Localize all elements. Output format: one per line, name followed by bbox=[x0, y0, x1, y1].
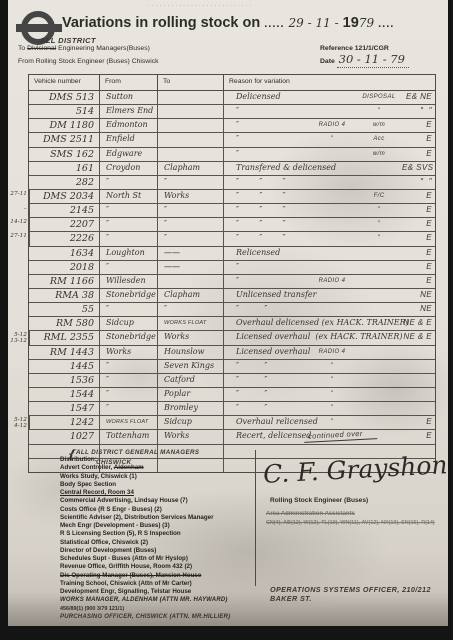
distribution-item: PURCHASING OFFICER, CHISWICK (ATTN. MR.H… bbox=[60, 613, 260, 621]
vehicle-number: DMS 513 bbox=[29, 91, 99, 104]
from-location: Croydon bbox=[99, 162, 157, 175]
year-prefix: 19 bbox=[343, 15, 359, 31]
margin-date-note: 27-11 bbox=[2, 232, 27, 239]
reason-cell: ″ ″″ bbox=[223, 360, 435, 373]
reason-text: Recert, delicensed bbox=[224, 430, 308, 443]
reason-note: RADIO 4 bbox=[308, 119, 356, 132]
reason-text: ″ bbox=[224, 105, 308, 118]
table-row: 5-12 13-12RML 2355StonebridgeWorksLicens… bbox=[29, 331, 435, 345]
reason-cell: ″ ″ ″″E bbox=[223, 204, 435, 217]
reason-extra bbox=[356, 388, 402, 401]
reason-note bbox=[308, 91, 356, 104]
status-code: NE & E bbox=[402, 317, 435, 330]
reason-cell: ″E bbox=[223, 261, 435, 274]
distribution-item: Schedules Supt - Buses (Attn of Mr Hyslo… bbox=[60, 555, 260, 563]
reason-extra bbox=[356, 402, 402, 415]
status-code bbox=[402, 346, 435, 359]
margin-date-note: 5-12 4-12 bbox=[2, 416, 27, 429]
vehicle-number: 514 bbox=[29, 105, 99, 118]
reason-extra bbox=[356, 303, 402, 316]
status-code bbox=[402, 402, 435, 415]
reason-cell: ″ ″″ bbox=[223, 402, 435, 415]
margin-date-note: 27-11 bbox=[2, 190, 27, 197]
reason-extra bbox=[356, 346, 402, 359]
from-location: ″ bbox=[99, 204, 157, 217]
reason-note: RADIO 4 bbox=[308, 275, 356, 288]
to-location: ″ bbox=[157, 303, 223, 316]
to-location bbox=[157, 105, 223, 118]
date-line: Date 30 - 11 - 79 bbox=[320, 52, 409, 66]
table-row: 514Elmers End″″″ ″ bbox=[29, 105, 435, 119]
to-location: —— bbox=[157, 261, 223, 274]
table-row: 282″″″ ″ ″″ ″ bbox=[29, 176, 435, 190]
status-code: NE bbox=[402, 289, 435, 302]
roundel-bar bbox=[16, 24, 62, 32]
table-row: RM 1166Willesden″RADIO 4E bbox=[29, 275, 435, 289]
from-location: WORKS FLOAT bbox=[99, 416, 157, 429]
reason-note bbox=[308, 247, 356, 260]
from-location: ″ bbox=[99, 388, 157, 401]
reason-extra bbox=[356, 360, 402, 373]
from-location: Edmonton bbox=[99, 119, 157, 132]
distribution-item: Body Spec Section bbox=[60, 481, 260, 489]
reason-text: Delicensed bbox=[224, 91, 308, 104]
to-location: Works bbox=[157, 430, 223, 443]
reason-text: Relicensed bbox=[224, 247, 308, 260]
from-location: ″ bbox=[99, 402, 157, 415]
distribution-item: Director of Development (Buses) bbox=[60, 547, 260, 555]
reason-note bbox=[308, 261, 356, 274]
distribution-item: Statistical Office, Chiswick (2) bbox=[60, 539, 260, 547]
operations-officer-note: OPERATIONS SYSTEMS OFFICER, 210/212 BAKE… bbox=[270, 585, 448, 603]
reason-cell: ″″AccE bbox=[223, 133, 435, 146]
reason-note bbox=[308, 331, 356, 344]
distribution-list: Distribution:Advert Controller, Aldenham… bbox=[60, 456, 260, 621]
vehicle-number: 2207 bbox=[29, 218, 99, 231]
to-location bbox=[157, 148, 223, 161]
reason-text: ″ bbox=[224, 148, 308, 161]
struck-text-line-2: CN(4), AB(12), W(12), TL(10), WN(11), AV… bbox=[266, 520, 444, 526]
to-location: Seven Kings bbox=[157, 360, 223, 373]
to-location: WORKS FLOAT bbox=[157, 317, 223, 330]
reason-text: Overhaul delicensed (ex HACK. TRAINER) bbox=[224, 317, 308, 330]
reason-extra bbox=[356, 374, 402, 387]
reason-extra bbox=[356, 317, 402, 330]
distribution-item: Distribution: bbox=[60, 456, 260, 464]
reason-cell: ″ ″″ bbox=[223, 388, 435, 401]
reference-number: Reference 121/1/CGR bbox=[320, 45, 389, 52]
from-location: ″ bbox=[99, 303, 157, 316]
distribution-item: Commercial Advertising, Lindsay House (7… bbox=[60, 497, 260, 505]
vehicle-number: 1547 bbox=[29, 402, 99, 415]
status-code: E& SVS bbox=[402, 162, 436, 175]
from-location: North St bbox=[99, 190, 157, 203]
reason-text: ″ ″ bbox=[224, 303, 308, 316]
reason-cell: ″ ″ ″″E bbox=[223, 218, 435, 231]
to-location: Works bbox=[157, 190, 223, 203]
col-reason: Reason for variation bbox=[223, 75, 435, 90]
status-code: E bbox=[402, 133, 435, 146]
table-row: DMS 513SuttonDelicensedDISPOSALE& NE bbox=[29, 91, 435, 105]
status-code: E bbox=[402, 232, 435, 245]
table-row: 55″″″ ″NE bbox=[29, 303, 435, 317]
reason-note: ″ bbox=[308, 402, 356, 415]
from-location: Willesden bbox=[99, 275, 157, 288]
margin-date-note: .. bbox=[2, 204, 27, 211]
table-row: 161CroydonClaphamTransfered & delicensed… bbox=[29, 162, 435, 176]
to-location: ″ bbox=[157, 218, 223, 231]
reason-text: ″ bbox=[224, 275, 308, 288]
reason-note: ″ bbox=[308, 133, 356, 146]
reason-extra: ″ bbox=[356, 232, 402, 245]
table-row: SMS 162Edgware″w/mE bbox=[29, 148, 435, 162]
to-location: Catford bbox=[157, 374, 223, 387]
vehicle-number: RMA 38 bbox=[29, 289, 99, 302]
table-body: DMS 513SuttonDelicensedDISPOSALE& NE514E… bbox=[29, 91, 435, 472]
from-location: Edgware bbox=[99, 148, 157, 161]
reason-note bbox=[308, 232, 356, 245]
vehicle-number: 2226 bbox=[29, 232, 99, 245]
struck-word: Aldenham bbox=[114, 464, 144, 471]
footer-divider-line bbox=[255, 450, 256, 586]
reason-cell: ″ ″ ″″ ″ bbox=[223, 176, 435, 189]
reason-extra: ″ bbox=[356, 105, 402, 118]
vehicle-number: 2145 bbox=[29, 204, 99, 217]
distribution-item: Training School, Chiswick (Attn of Mr Ca… bbox=[60, 580, 260, 588]
from-location: ″ bbox=[99, 232, 157, 245]
distribution-item: Mech Engr (Development - Buses) (3) bbox=[60, 522, 260, 530]
reason-cell: Overhaul relicensed″E bbox=[223, 416, 435, 429]
status-code bbox=[402, 374, 435, 387]
status-code: NE bbox=[402, 303, 435, 316]
reason-extra bbox=[356, 162, 402, 175]
reason-extra: DISPOSAL bbox=[356, 91, 402, 104]
reason-cell: Licensed overhaulRADIO 4 bbox=[223, 346, 435, 359]
reason-extra bbox=[356, 289, 402, 302]
vehicle-number: 161 bbox=[29, 162, 99, 175]
reason-note: ″ bbox=[308, 374, 356, 387]
addressee-line: To Divisional Engineering Managers(Buses… bbox=[18, 45, 150, 52]
reason-text: Unlicensed transfer bbox=[224, 289, 308, 302]
from-location: Loughton bbox=[99, 247, 157, 260]
reason-note: RADIO 4 bbox=[308, 346, 356, 359]
to-location: —— bbox=[157, 247, 223, 260]
from-location: ″ bbox=[99, 218, 157, 231]
table-row: 1445″Seven Kings″ ″″ bbox=[29, 360, 435, 374]
distribution-item: WORKS MANAGER, ALDENHAM (ATTN MR. HAYWAR… bbox=[60, 596, 260, 604]
reason-text: Licensed overhaul (ex HACK. TRAINER) bbox=[224, 331, 308, 344]
reason-text: ″ ″ bbox=[224, 374, 308, 387]
reason-cell: DelicensedDISPOSALE& NE bbox=[223, 91, 435, 104]
reason-extra bbox=[356, 331, 402, 344]
reason-note bbox=[308, 204, 356, 217]
table-row: 1536″Catford″ ″″ bbox=[29, 374, 435, 388]
table-header-row: Vehicle number From To Reason for variat… bbox=[29, 75, 435, 91]
reason-cell: Licensed overhaul (ex HACK. TRAINER)NE &… bbox=[223, 331, 435, 344]
status-code: E bbox=[402, 261, 435, 274]
status-code bbox=[402, 360, 435, 373]
reason-extra: F/C bbox=[356, 190, 402, 203]
scanned-document: { "colors": { "ink": "#2e2c29", "paper":… bbox=[0, 0, 453, 640]
reason-cell: RelicensedE bbox=[223, 247, 435, 260]
to-struck-word: Divisional bbox=[27, 45, 56, 52]
reason-text: ″ ″ bbox=[224, 388, 308, 401]
from-location: Elmers End bbox=[99, 105, 157, 118]
sender-line: From Rolling Stock Engineer (Buses) Chis… bbox=[18, 58, 159, 65]
col-to: To bbox=[157, 75, 223, 90]
reason-text: ″ bbox=[224, 119, 308, 132]
margin-date-note: 14-12 bbox=[2, 218, 27, 225]
to-location: Clapham bbox=[157, 162, 223, 175]
reason-note bbox=[308, 176, 356, 189]
distribution-item: Scientific Adviser (2), Distribution Ser… bbox=[60, 514, 260, 522]
reason-extra: w/m bbox=[356, 119, 402, 132]
reason-text: ″ ″ ″ bbox=[224, 204, 308, 217]
table-row: DM 1180Edmonton″RADIO 4w/mE bbox=[29, 119, 435, 133]
status-code: E bbox=[402, 416, 435, 429]
from-location: ″ bbox=[99, 176, 157, 189]
distribution-item: Revenue Office, Griffith House, Room 432… bbox=[60, 563, 260, 571]
reason-cell: ″ ″ ″″E bbox=[223, 232, 435, 245]
status-code bbox=[402, 388, 435, 401]
to-text: Engineering Managers(Buses) bbox=[58, 45, 150, 52]
status-code: E bbox=[402, 190, 435, 203]
vehicle-number: 1536 bbox=[29, 374, 99, 387]
year-handwritten: 79 bbox=[359, 16, 374, 30]
from-location: ″ bbox=[99, 261, 157, 274]
reason-note bbox=[308, 218, 356, 231]
distribution-item: 456/89(1) (900 3/79 121/1) bbox=[60, 605, 260, 613]
reason-note bbox=[308, 105, 356, 118]
from-location: Works bbox=[99, 346, 157, 359]
status-code: ″ ″ bbox=[402, 176, 435, 189]
reason-text: ″ bbox=[224, 133, 308, 146]
signatory-title: Rolling Stock Engineer (Buses) bbox=[270, 497, 368, 504]
table-row: 2018″——″E bbox=[29, 261, 435, 275]
from-location: Stonebridge bbox=[99, 331, 157, 344]
reason-note bbox=[308, 148, 356, 161]
to-location: ″ bbox=[157, 176, 223, 189]
vehicle-number: SMS 162 bbox=[29, 148, 99, 161]
from-location: Sidcup bbox=[99, 317, 157, 330]
vehicle-number: RM 580 bbox=[29, 317, 99, 330]
reason-cell: ″ ″″ bbox=[223, 374, 435, 387]
status-code: E& NE bbox=[402, 91, 435, 104]
vehicle-number: RM 1443 bbox=[29, 346, 99, 359]
reason-extra bbox=[356, 247, 402, 260]
date-value: 30 - 11 - 79 bbox=[337, 52, 409, 68]
reason-text: ″ ″ ″ bbox=[224, 176, 308, 189]
col-vehicle-number: Vehicle number bbox=[29, 75, 99, 90]
table-row: 1634Loughton——RelicensedE bbox=[29, 247, 435, 261]
reason-text: Licensed overhaul bbox=[224, 346, 308, 359]
status-code: E bbox=[402, 275, 435, 288]
reason-extra bbox=[356, 275, 402, 288]
reason-cell: ″″″ ″ bbox=[223, 105, 435, 118]
to-location: ″ bbox=[157, 204, 223, 217]
vehicle-number: DM 1180 bbox=[29, 119, 99, 132]
title-text: Variations in rolling stock on bbox=[62, 15, 260, 31]
reason-text: ″ ″ bbox=[224, 360, 308, 373]
reason-extra: ″ bbox=[356, 204, 402, 217]
from-location: Tottenham bbox=[99, 430, 157, 443]
table-row: RM 580SidcupWORKS FLOATOverhaul delicens… bbox=[29, 317, 435, 331]
from-location: ″ bbox=[99, 360, 157, 373]
reason-cell: ″ ″NE bbox=[223, 303, 435, 316]
vehicle-number: 1445 bbox=[29, 360, 99, 373]
distribution-item: Advert Controller, Aldenham bbox=[60, 464, 260, 472]
status-code: E bbox=[402, 119, 435, 132]
distribution-item: Costs Office (R S Engr - Buses) (2) bbox=[60, 506, 260, 514]
status-code: NE & E bbox=[402, 331, 435, 344]
table-row: 27-11DMS 2034North StWorks″ ″ ″F/CE bbox=[29, 190, 435, 204]
reason-text: ″ ″ ″ bbox=[224, 190, 308, 203]
table-row: 27-112226″″″ ″ ″″E bbox=[29, 232, 435, 246]
distribution-handwritten-note: ALL DISTRICT GENERAL MANAGERS bbox=[76, 449, 199, 456]
distribution-item: Dis Operating Manager (Buses), Mansion H… bbox=[60, 572, 260, 580]
status-code: E bbox=[402, 218, 435, 231]
vehicle-number: RM 1166 bbox=[29, 275, 99, 288]
reason-note: ″ bbox=[308, 416, 356, 429]
to-location: Sidcup bbox=[157, 416, 223, 429]
reason-extra: w/m bbox=[356, 148, 402, 161]
vehicle-number: 2018 bbox=[29, 261, 99, 274]
struck-text-line-1: Area Administration Assistants bbox=[266, 511, 355, 517]
to-location: Poplar bbox=[157, 388, 223, 401]
form-title: Variations in rolling stock on ..... 29 … bbox=[62, 15, 394, 31]
to-label: To bbox=[18, 45, 25, 52]
scan-artifact-marks: ........................... bbox=[148, 1, 254, 8]
from-location: Stonebridge bbox=[99, 289, 157, 302]
reason-cell: ″RADIO 4w/mE bbox=[223, 119, 435, 132]
from-location: Enfield bbox=[99, 133, 157, 146]
reason-cell: ″ ″ ″F/CE bbox=[223, 190, 435, 203]
reason-extra bbox=[356, 176, 402, 189]
to-location: ″ bbox=[157, 232, 223, 245]
reason-note bbox=[308, 317, 356, 330]
to-location bbox=[157, 119, 223, 132]
to-location bbox=[157, 133, 223, 146]
to-location bbox=[157, 91, 223, 104]
to-location bbox=[157, 275, 223, 288]
reason-text: ″ ″ ″ bbox=[224, 232, 308, 245]
table-row: RM 1443WorksHounslowLicensed overhaulRAD… bbox=[29, 346, 435, 360]
reason-note bbox=[308, 303, 356, 316]
vehicle-number: DMS 2511 bbox=[29, 133, 99, 146]
title-dots: ..... bbox=[264, 18, 284, 30]
reason-text: Transfered & delicensed bbox=[224, 162, 308, 175]
status-code: E bbox=[402, 247, 435, 260]
table-row: 1544″Poplar″ ″″ bbox=[29, 388, 435, 402]
vehicle-number: DMS 2034 bbox=[29, 190, 99, 203]
vehicle-number: 1027 bbox=[29, 430, 99, 443]
distribution-item: Development Engr, Signalling, Telstar Ho… bbox=[60, 588, 260, 596]
distribution-item: Central Record, Room 34 bbox=[60, 489, 260, 497]
reason-text: Overhaul relicensed bbox=[224, 416, 308, 429]
reason-note bbox=[308, 289, 356, 302]
status-code: ″ ″ bbox=[402, 105, 435, 118]
status-code: E bbox=[402, 204, 435, 217]
variations-table: Vehicle number From To Reason for variat… bbox=[28, 74, 436, 473]
reason-cell: Unlicensed transferNE bbox=[223, 289, 435, 302]
table-row: 1547″Bromley″ ″″ bbox=[29, 402, 435, 416]
reason-cell: Transfered & delicensedE& SVS bbox=[223, 162, 436, 175]
date-label: Date bbox=[320, 58, 335, 65]
vehicle-number: 282 bbox=[29, 176, 99, 189]
col-from: From bbox=[99, 75, 157, 90]
table-row: ..2145″″″ ″ ″″E bbox=[29, 204, 435, 218]
table-row: 14-122207″″″ ″ ″″E bbox=[29, 218, 435, 232]
distribution-item: Works Study, Chiswick (1) bbox=[60, 473, 260, 481]
reason-text: ″ bbox=[224, 261, 308, 274]
reason-text: ″ ″ bbox=[224, 402, 308, 415]
to-location: Hounslow bbox=[157, 346, 223, 359]
district-annotation: ALL DISTRICT bbox=[40, 36, 96, 45]
table-row: DMS 2511Enfield″″AccE bbox=[29, 133, 435, 147]
date-handwritten: 29 - 11 - bbox=[289, 16, 339, 30]
reason-note bbox=[308, 162, 356, 175]
reason-cell: ″RADIO 4E bbox=[223, 275, 435, 288]
paper-sheet: ........................... Variations i… bbox=[8, 0, 448, 626]
to-location: Clapham bbox=[157, 289, 223, 302]
vehicle-number: 1544 bbox=[29, 388, 99, 401]
reason-cell: Overhaul delicensed (ex HACK. TRAINER)NE… bbox=[223, 317, 435, 330]
table-row: RMA 38StonebridgeClaphamUnlicensed trans… bbox=[29, 289, 435, 303]
reason-extra bbox=[356, 261, 402, 274]
distribution-item: R S Licensing Section (5), R S Inspectio… bbox=[60, 530, 260, 538]
reason-note: ″ bbox=[308, 388, 356, 401]
reason-note bbox=[308, 190, 356, 203]
reason-text: ″ ″ ″ bbox=[224, 218, 308, 231]
to-location: Bromley bbox=[157, 402, 223, 415]
title-dots-after: .... bbox=[378, 18, 394, 30]
from-location: Sutton bbox=[99, 91, 157, 104]
reason-extra: ″ bbox=[356, 218, 402, 231]
reason-extra bbox=[356, 416, 402, 429]
status-code: E bbox=[402, 148, 435, 161]
reason-note: ″ bbox=[308, 360, 356, 373]
reason-cell: ″w/mE bbox=[223, 148, 435, 161]
to-location: Works bbox=[157, 331, 223, 344]
margin-date-note: 5-12 13-12 bbox=[2, 331, 27, 344]
vehicle-number: RML 2355 bbox=[29, 331, 99, 344]
from-location: ″ bbox=[99, 374, 157, 387]
status-code: E bbox=[402, 430, 435, 443]
vehicle-number: 55 bbox=[29, 303, 99, 316]
vehicle-number: 1242 bbox=[29, 416, 99, 429]
reason-extra: Acc bbox=[356, 133, 402, 146]
vehicle-number: 1634 bbox=[29, 247, 99, 260]
